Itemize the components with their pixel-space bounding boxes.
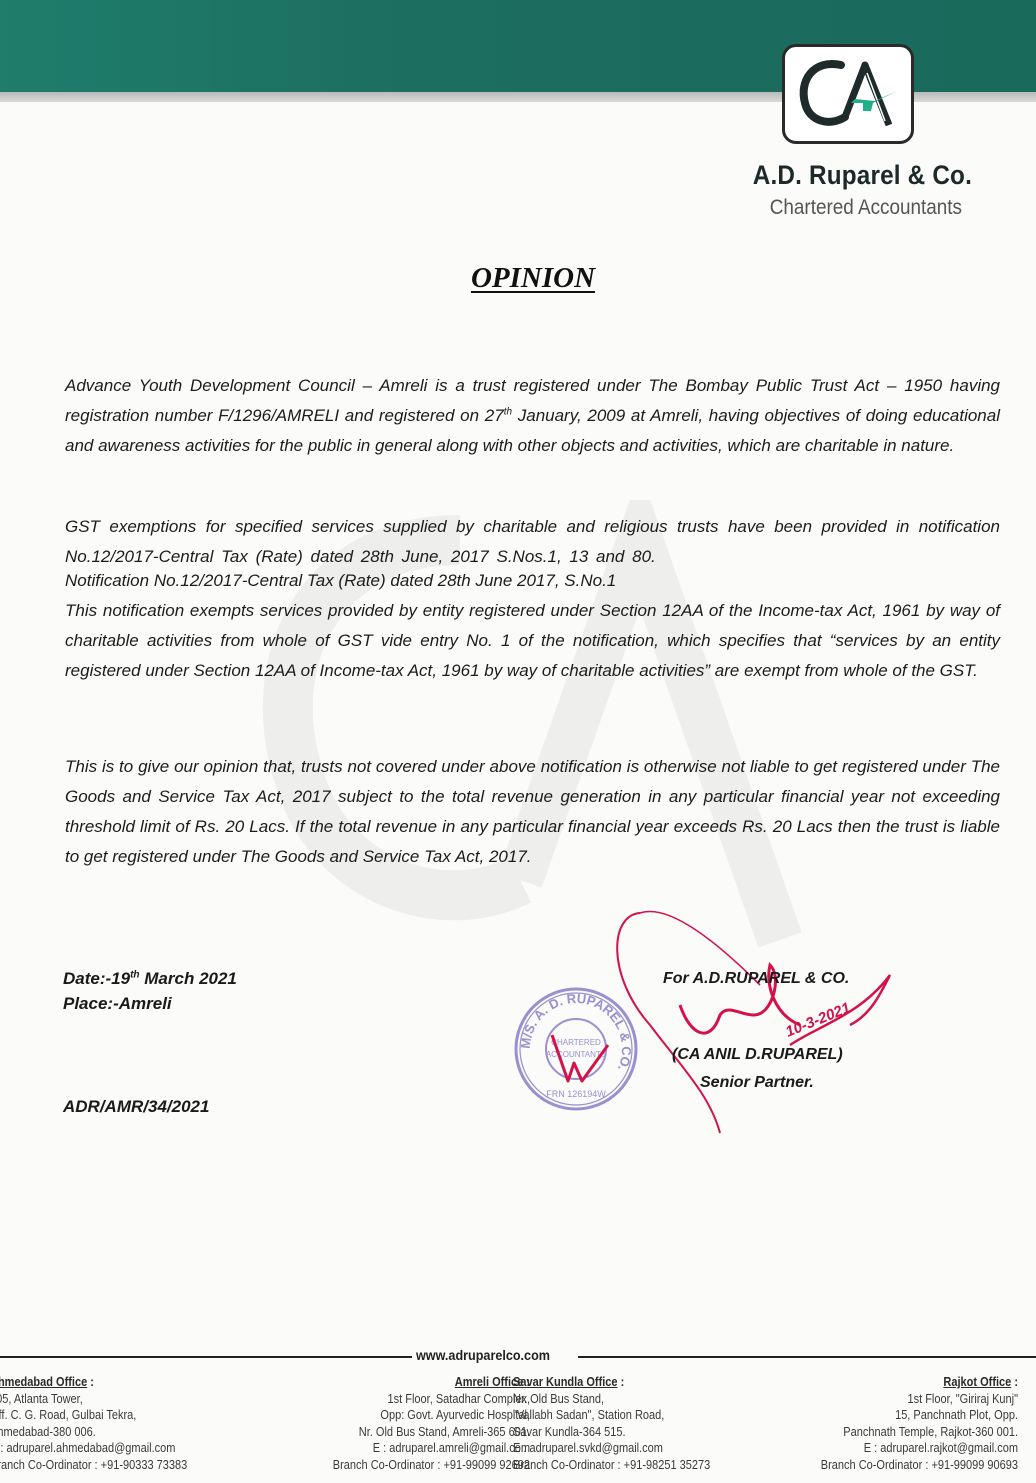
signatory-designation: Senior Partner. [700,1074,814,1092]
signatory-name: (CA ANIL D.RUPAREL) [672,1046,843,1064]
office-address-line: "Vallabh Sadan", Station Road, [513,1407,710,1424]
office-savar-kundla: Savar Kundla Office : Nr. Old Bus Stand,… [513,1374,710,1473]
office-email[interactable]: E : adruparel.rajkot@gmail.com [738,1440,1018,1457]
office-address-line: Panchnath Temple, Rajkot-360 001. [738,1424,1018,1441]
handwritten-date: 10-3-2021 [783,999,853,1040]
website-link[interactable]: www.adruparelco.com [416,1347,550,1363]
office-address-line: Savar Kundla-364 515. [513,1424,710,1441]
office-phone: Branch Co-Ordinator : +91-99099 90693 [738,1457,1018,1474]
date-rest: March 2021 [140,969,237,988]
document-reference: ADR/AMR/34/2021 [63,1094,209,1119]
office-address-line: 1st Floor, Satadhar Complex, [266,1391,530,1408]
office-address-line: Nr. Old Bus Stand, Amreli-365 601. [266,1424,530,1441]
office-phone: Branch Co-Ordinator : +91-90333 73383 [0,1457,187,1474]
date-superscript: th [130,969,139,980]
ca-logo [782,44,914,144]
office-email[interactable]: E : adruparel.ahmedabad@gmail.com [0,1440,187,1457]
office-address-line: Nr. Old Bus Stand, [513,1391,710,1408]
stamp-inner-text: CHARTERED [551,1038,601,1047]
notification-heading: Notification No.12/2017-Central Tax (Rat… [65,566,1000,596]
footer-divider [0,1356,412,1358]
office-address-line: 15, Panchnath Plot, Opp. [738,1407,1018,1424]
handwritten-signature-icon: 10-3-2021 [600,905,910,1135]
office-ahmedabad: Ahmedabad Office : 105, Atlanta Tower, O… [0,1374,187,1473]
document-title: OPINION [0,262,1036,295]
firm-name: A.D. Ruparel & Co. [727,160,972,191]
office-heading: Ahmedabad Office [0,1375,87,1389]
superscript: th [504,406,512,417]
signature-for-line: For A.D.RUPAREL & CO. [663,970,849,988]
stamp-frn: FRN 126194W [546,1089,606,1099]
office-address-line: Ahmedabad-380 006. [0,1424,187,1441]
office-heading: Rajkot Office [943,1375,1011,1389]
office-address-line: Opp: Govt. Ayurvedic Hospital, [266,1407,530,1424]
office-address-line: Off. C. G. Road, Gulbai Tekra, [0,1407,187,1424]
paragraph-opinion: This is to give our opinion that, trusts… [65,752,1000,872]
firm-subtitle: Chartered Accountants [726,196,962,220]
ca-logo-icon [793,51,903,139]
office-rajkot: Rajkot Office : 1st Floor, "Giriraj Kunj… [738,1374,1018,1473]
date-label: Date:-19 [63,969,130,988]
paragraph-gst-exemptions: GST exemptions for specified services su… [65,512,1000,572]
notification-body: This notification exempts services provi… [65,596,1000,686]
document-date: Date:-19th March 2021 [63,966,237,991]
office-phone: Branch Co-Ordinator : +91-98251 35273 [513,1457,710,1474]
paragraph-notification: Notification No.12/2017-Central Tax (Rat… [65,566,1000,686]
office-email[interactable]: E : adruparel.amreli@gmail.com [266,1440,530,1457]
office-heading: Savar Kundla Office [513,1375,618,1389]
office-address-line: 1st Floor, "Giriraj Kunj" [738,1391,1018,1408]
document-place: Place:-Amreli [63,991,172,1016]
office-phone: Branch Co-Ordinator : +91-99099 92692 [266,1457,530,1474]
paragraph-trust-details: Advance Youth Development Council – Amre… [65,371,1000,461]
office-address-line: 105, Atlanta Tower, [0,1391,187,1408]
footer-divider [578,1356,1036,1358]
office-amreli: Amreli Office : 1st Floor, Satadhar Comp… [266,1374,530,1473]
office-email[interactable]: E : adruparel.svkd@gmail.com [513,1440,710,1457]
